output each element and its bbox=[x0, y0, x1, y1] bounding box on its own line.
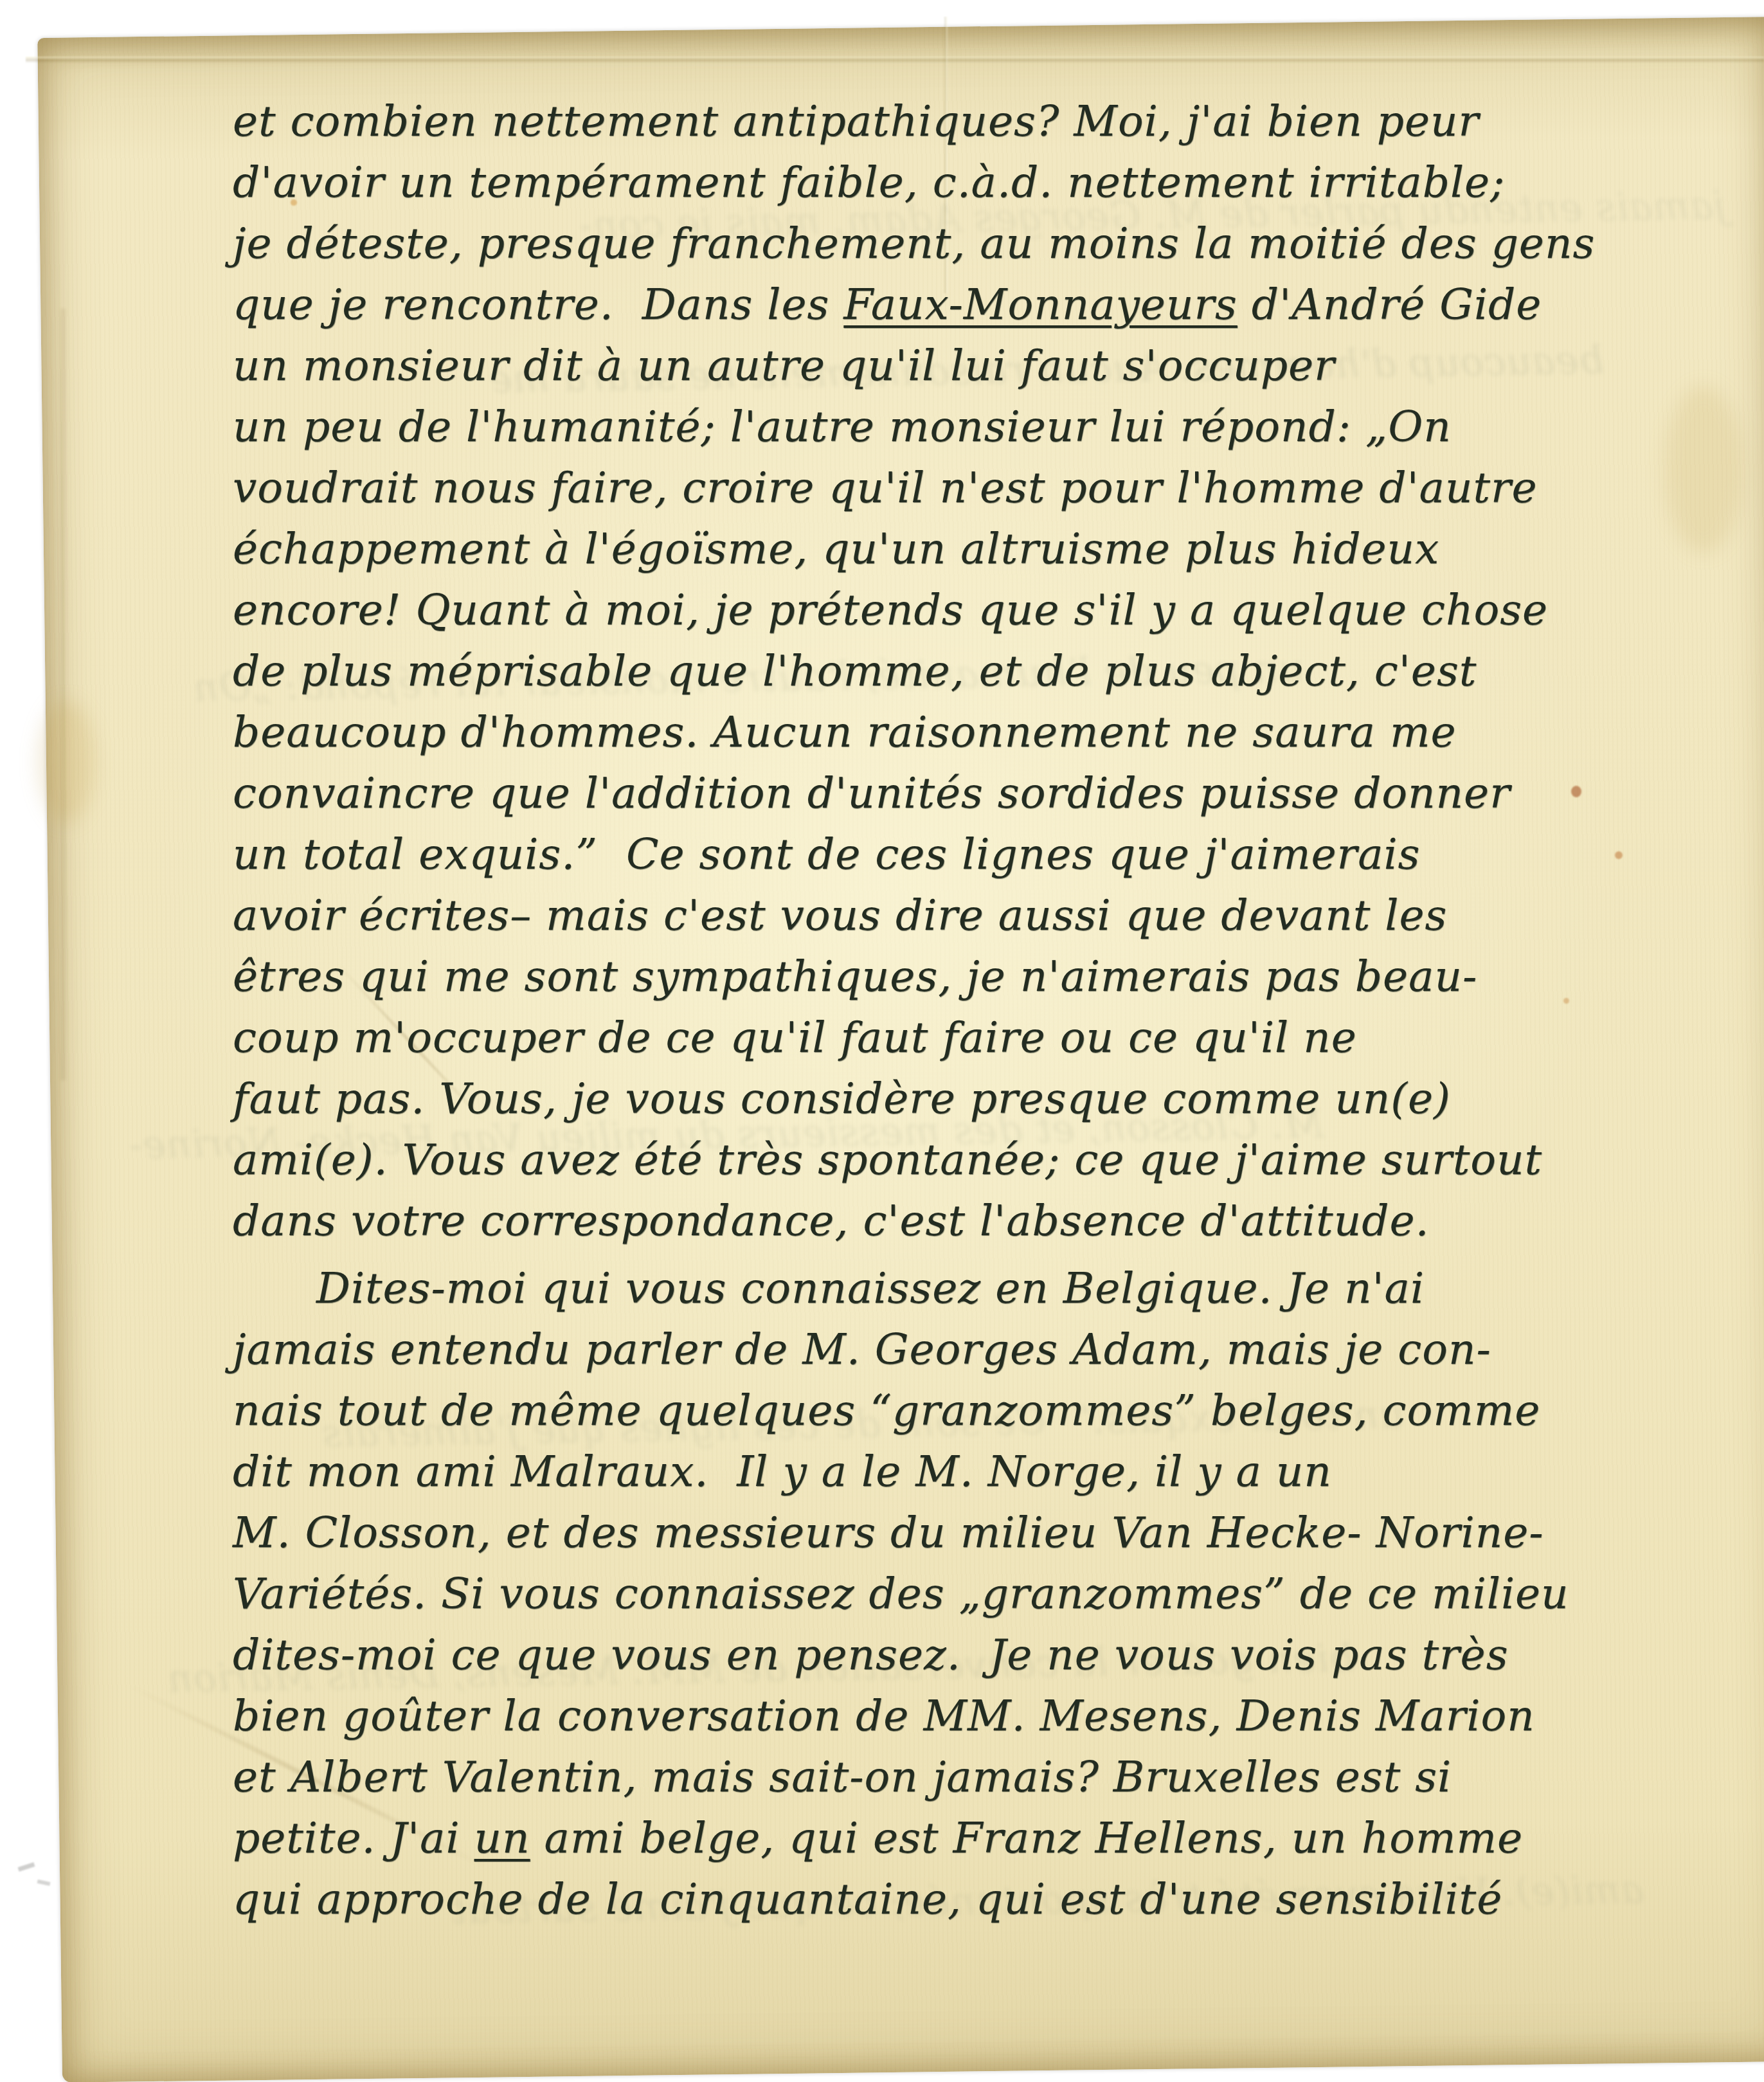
letter-line: qui approche de la cinquantaine, qui est… bbox=[233, 1874, 1502, 1924]
letter-line: jamais entendu parler de M. Georges Adam… bbox=[233, 1325, 1491, 1374]
letter-line: encore! Quant à moi, je prétends que s'i… bbox=[233, 585, 1548, 635]
letter-line: je déteste, presque franchement, au moin… bbox=[233, 219, 1595, 268]
scan-background: { "page": { "background_color": "#ffffff… bbox=[0, 0, 1764, 2082]
underlined-word: Faux-Monnayeurs bbox=[843, 280, 1237, 329]
letter-line: Variétés. Si vous connaissez des „granzo… bbox=[233, 1569, 1569, 1618]
letter-line: coup m'occuper de ce qu'il faut faire ou… bbox=[233, 1013, 1357, 1062]
letter-line: voudrait nous faire, croire qu'il n'est … bbox=[233, 463, 1538, 512]
letter-line: avoir écrites– mais c'est vous dire auss… bbox=[233, 891, 1447, 940]
letter-line: dans votre correspondance, c'est l'absen… bbox=[233, 1196, 1429, 1245]
letter-line: que je rencontre. Dans les Faux-Monnayeu… bbox=[233, 280, 1542, 329]
letter-line: et combien nettement antipathiques? Moi,… bbox=[233, 96, 1479, 146]
letter-line: bien goûter la conversation de MM. Mesen… bbox=[233, 1691, 1535, 1741]
letter-line: un monsieur dit à un autre qu'il lui fau… bbox=[233, 341, 1335, 390]
letter-line: convaincre que l'addition d'unités sordi… bbox=[233, 768, 1511, 818]
letter-line: et Albert Valentin, mais sait-on jamais?… bbox=[233, 1752, 1452, 1802]
letter-text: et combien nettement antipathiques? Moi,… bbox=[0, 0, 1764, 2082]
letter-line: un peu de l'humanité; l'autre monsieur l… bbox=[233, 402, 1452, 451]
letter-line: un total exquis.” Ce sont de ces lignes … bbox=[233, 829, 1420, 879]
letter-line: beaucoup d'hommes. Aucun raisonnement ne… bbox=[233, 707, 1457, 757]
letter-line: nais tout de même quelques “granzommes” … bbox=[233, 1386, 1540, 1435]
letter-line: faut pas. Vous, je vous considère presqu… bbox=[233, 1074, 1451, 1123]
letter-line: petite. J'ai un ami belge, qui est Franz… bbox=[233, 1813, 1523, 1863]
letter-line: dites-moi ce que vous en pensez. Je ne v… bbox=[233, 1630, 1509, 1679]
letter-line: échappement à l'égoïsme, qu'un altruisme… bbox=[233, 524, 1439, 574]
letter-line: d'avoir un tempérament faible, c.à.d. ne… bbox=[233, 158, 1505, 207]
letter-line: dit mon ami Malraux. Il y a le M. Norge,… bbox=[233, 1447, 1332, 1496]
letter-line: de plus méprisable que l'homme, et de pl… bbox=[233, 646, 1477, 696]
letter-line: M. Closson, et des messieurs du milieu V… bbox=[233, 1508, 1544, 1557]
letter-line: ami(e). Vous avez été très spontanée; ce… bbox=[233, 1135, 1542, 1184]
letter-line: Dites-moi qui vous connaissez en Belgiqu… bbox=[316, 1263, 1425, 1313]
underlined-word: un bbox=[474, 1813, 530, 1863]
letter-line: êtres qui me sont sympathiques, je n'aim… bbox=[233, 952, 1477, 1001]
